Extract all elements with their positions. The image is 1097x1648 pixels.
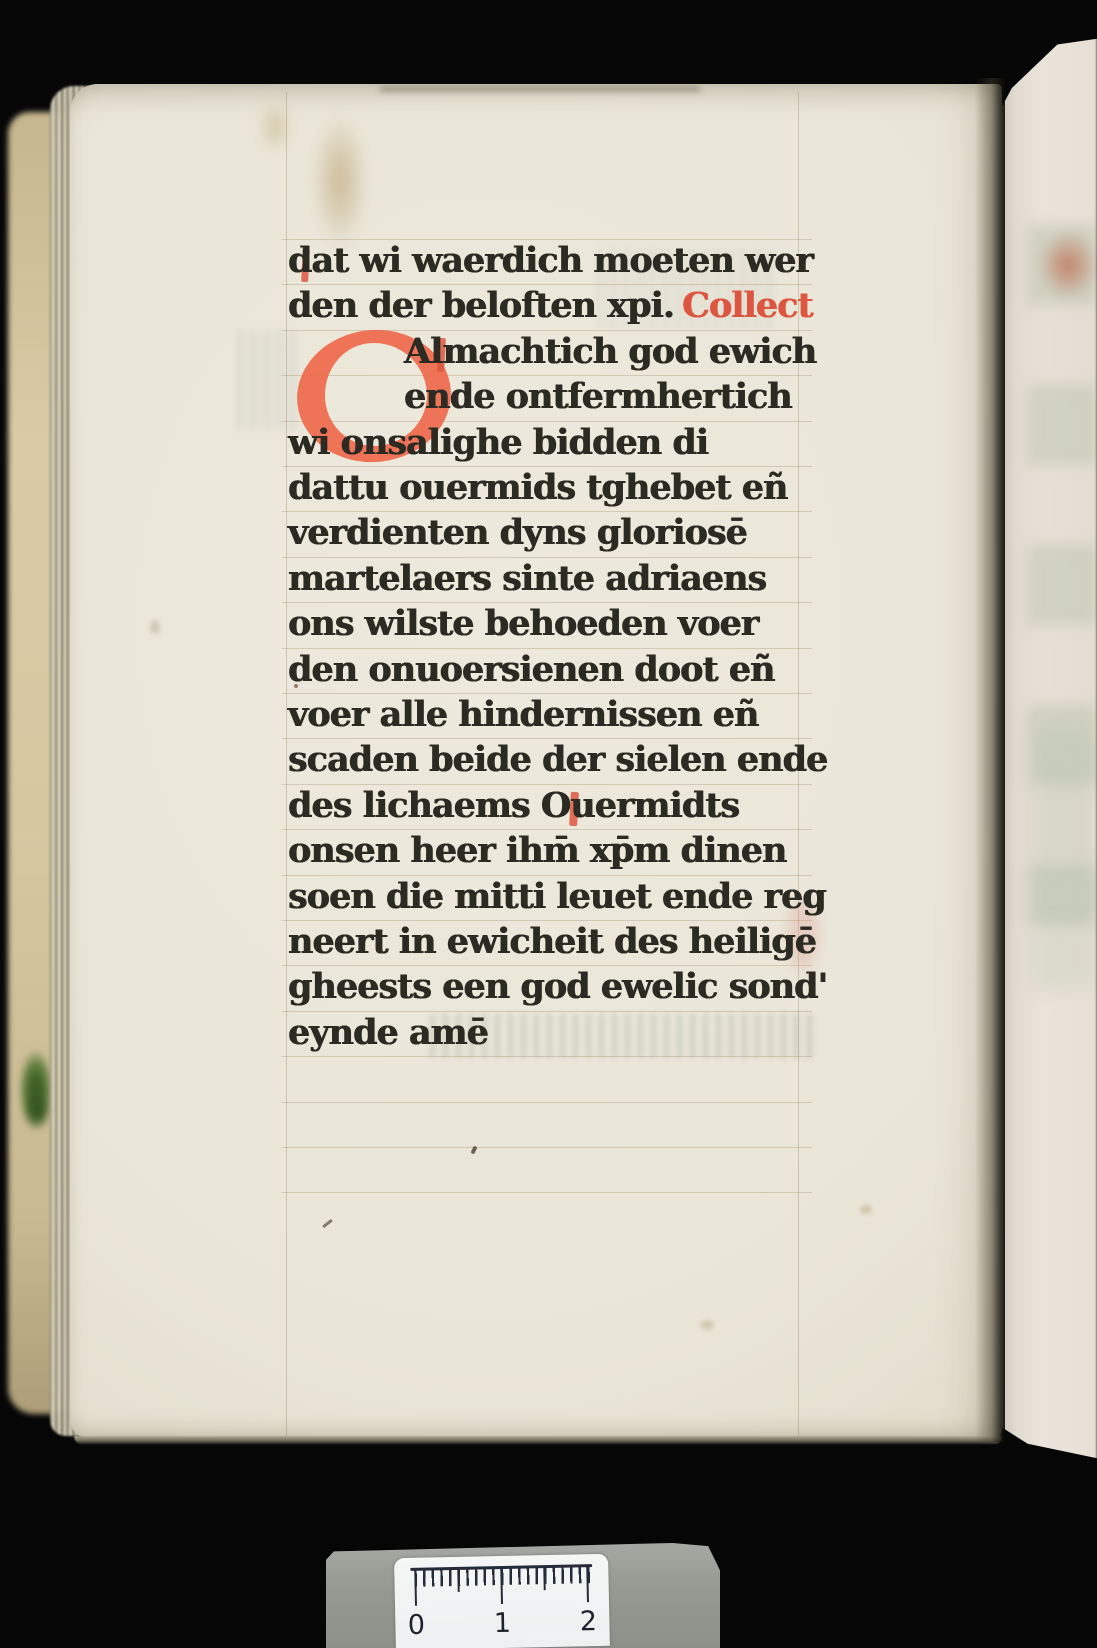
line-text: scaden beide der sielen ende (288, 739, 827, 780)
line-text: ende ontfermhertich (404, 376, 792, 417)
manuscript-line: eynde amē (288, 1014, 488, 1060)
manuscript-line: Almachtich god ewich (404, 333, 816, 379)
line-text: soen die mitti leuet ende reg (288, 876, 826, 917)
line-text: den der beloften xpi. (288, 285, 674, 326)
show-through-text-ghost (430, 1014, 820, 1058)
line-text: den onuoersienen doot eñ (288, 649, 775, 690)
show-through-margin-ghost (238, 330, 296, 430)
manuscript-line: voer alle hindernissen eñ (288, 696, 758, 742)
measurement-ruler: 012 (394, 1554, 610, 1648)
line-text: eynde amē (288, 1012, 488, 1053)
line-text: martelaers sinte adriaens (288, 558, 766, 599)
manuscript-line: soen die mitti leuet ende reg (288, 878, 826, 924)
manuscript-line: scaden beide der sielen ende (288, 741, 827, 787)
manuscript-line: dat wi waerdich moeten wer (288, 242, 813, 288)
green-bookmark-blur-2 (20, 1085, 54, 1135)
line-text: gheests een god ewelic sond' (288, 966, 827, 1007)
manuscript-line: den onuoersienen doot eñ (288, 651, 775, 697)
parchment-stain-2 (252, 92, 298, 162)
ruler-number: 0 (408, 1610, 426, 1641)
ruler-tick-half (543, 1567, 546, 1590)
ruling-horizontal (282, 1102, 812, 1103)
line-text: voer alle hindernissen eñ (288, 694, 758, 735)
facing-page-green-blob (1033, 730, 1093, 990)
manuscript-line: dattu ouermids tghebet eñ (288, 469, 787, 515)
manuscript-line: wi onsalighe bidden di (288, 424, 708, 470)
line-text: verdienten dyns gloriosē (288, 512, 747, 553)
rubric-text: Collect (682, 285, 813, 326)
page-bottom-edge (74, 1436, 1002, 1445)
line-text: neert in ewicheit des heiligē (288, 921, 816, 962)
manuscript-line: ons wilste behoeden voer (288, 605, 758, 651)
manuscript-line: den der beloften xpi.Collect (288, 287, 813, 333)
manuscript-photo: dat wi waerdich moeten werden der beloft… (0, 0, 1097, 1648)
line-text: dat wi waerdich moeten wer (288, 240, 813, 281)
manuscript-line: neert in ewicheit des heiligē (288, 923, 816, 969)
manuscript-line: verdienten dyns gloriosē (288, 514, 747, 560)
ruling-horizontal (282, 1192, 812, 1193)
facing-page (998, 30, 1097, 1480)
line-text: Almachtich god ewich (404, 331, 816, 372)
manuscript-line: des lichaems Ouermidts (288, 787, 739, 833)
manuscript-line: onsen heer ihm̄ xp̄m dinen (288, 832, 786, 878)
manuscript-line: martelaers sinte adriaens (288, 560, 766, 606)
ruler-number: 2 (579, 1606, 597, 1637)
ruler-number: 1 (493, 1608, 511, 1639)
foxing-spot (860, 1205, 872, 1214)
page-top-crease (380, 86, 700, 92)
foxing-spot (150, 620, 160, 634)
manuscript-line: ende ontfermhertich (404, 378, 792, 424)
ruling-horizontal (282, 1147, 812, 1148)
line-text: des lichaems Ouermidts (288, 785, 739, 826)
ruler-tick-half (457, 1569, 460, 1592)
line-text: dattu ouermids tghebet eñ (288, 467, 787, 508)
line-text: ons wilste behoeden voer (288, 603, 758, 644)
manuscript-line: gheests een god ewelic sond' (288, 968, 827, 1014)
line-text: onsen heer ihm̄ xp̄m dinen (288, 830, 786, 871)
gutter-shadow (975, 78, 1005, 1442)
line-text: wi onsalighe bidden di (288, 422, 708, 463)
foxing-spot (700, 1320, 714, 1330)
